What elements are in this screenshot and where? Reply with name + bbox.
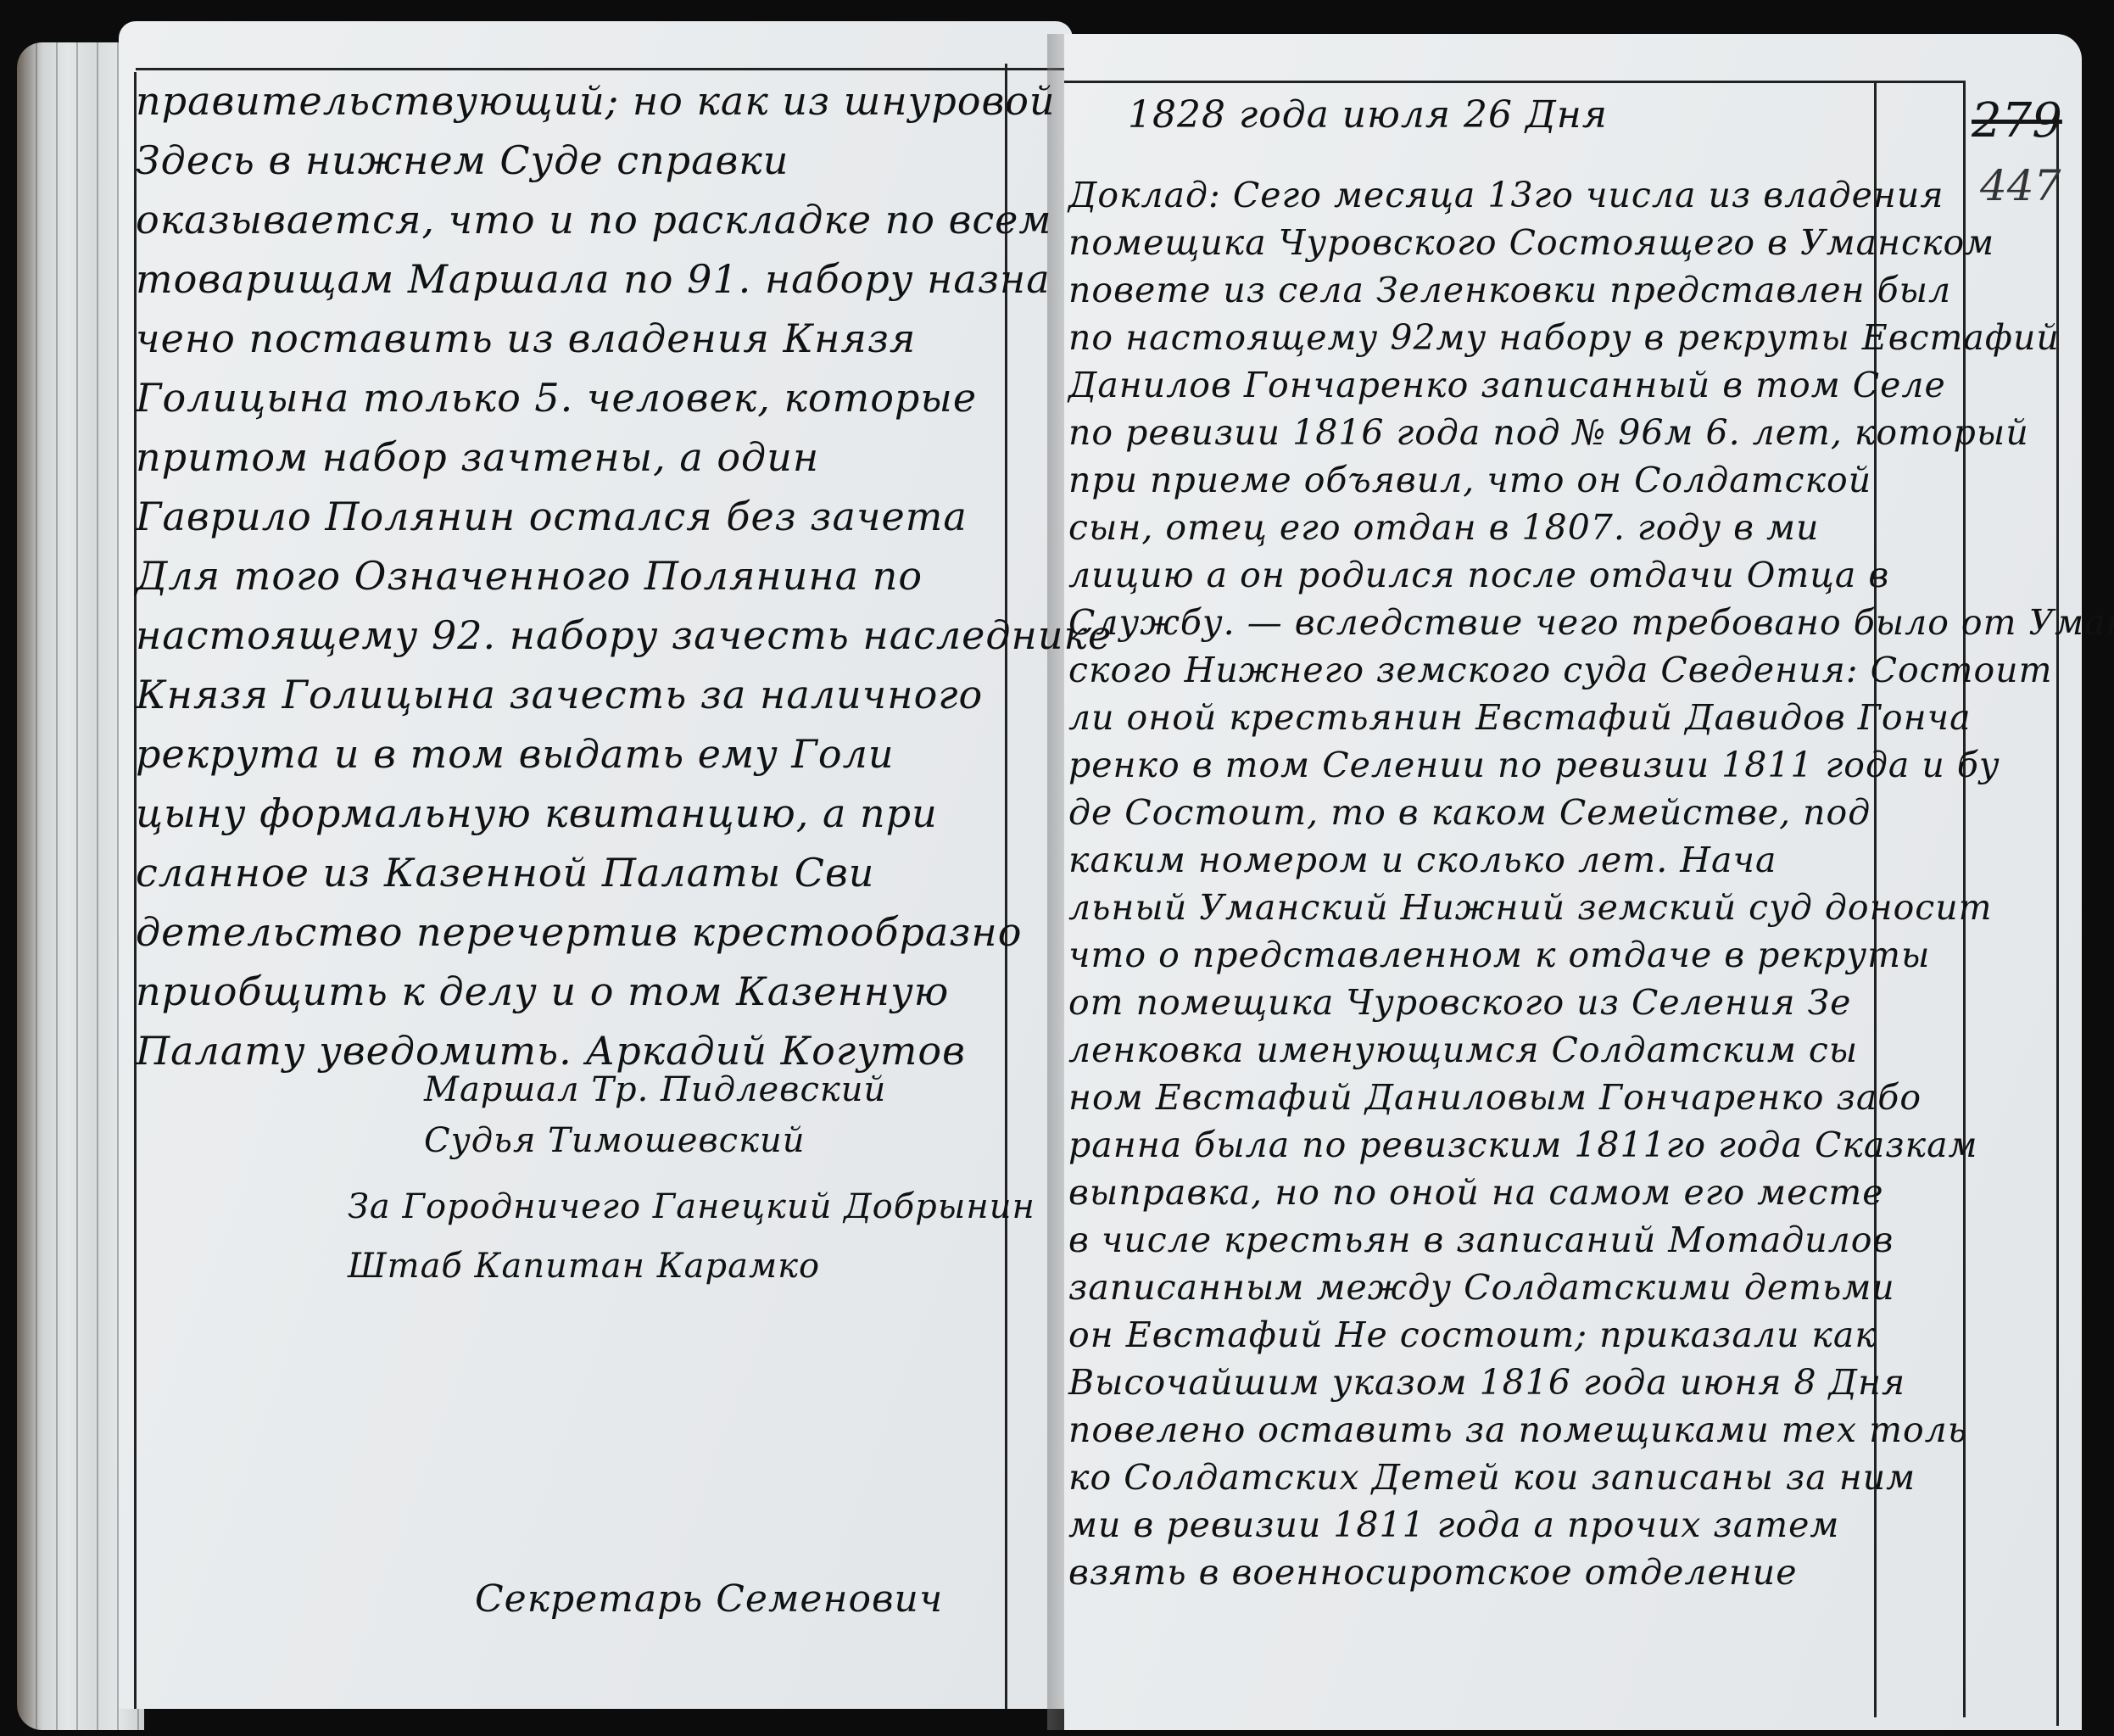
text-line: записанным между Солдатскими детьми bbox=[1068, 1267, 1895, 1308]
text-line: сын, отец его отдан в 1807. году в ми bbox=[1068, 507, 1819, 548]
secretary-signature: Секретарь Семенович bbox=[475, 1577, 943, 1621]
right-margin-rule bbox=[1005, 64, 1007, 1709]
text-line: ном Евстафий Даниловым Гончаренко забо bbox=[1068, 1077, 1922, 1118]
text-line: де Состоит, то в каком Семействе, под bbox=[1068, 792, 1871, 833]
text-line: льный Уманский Нижний земский суд доноси… bbox=[1068, 887, 1993, 928]
text-line: приобщить к делу и о том Казенную bbox=[136, 968, 949, 1014]
text-line: Доклад: Сего месяца 13го числа из владен… bbox=[1068, 175, 1944, 215]
text-line: Высочайшим указом 1816 года июня 8 Дня bbox=[1068, 1362, 1905, 1403]
text-line: цыну формальную квитанцию, а при bbox=[136, 790, 938, 836]
text-line: в числе крестьян в записаний Мотадилов bbox=[1068, 1220, 1894, 1260]
text-line: при приеме объявил, что он Солдатской bbox=[1068, 460, 1871, 500]
text-line: помещика Чуровского Состоящего в Уманско… bbox=[1068, 222, 1994, 263]
signature-gorodnichy: За Городничего Ганецкий Добрынин bbox=[348, 1187, 1035, 1226]
text-line: оказывается, что и по раскладке по всем bbox=[136, 197, 1052, 243]
text-line: Палату уведомить. Аркадий Когутов bbox=[136, 1028, 966, 1074]
text-line: рекрута и в том выдать ему Голи bbox=[136, 731, 895, 777]
text-line: Голицына только 5. человек, которые bbox=[136, 375, 977, 421]
text-line: он Евстафий Не состоит; приказали как bbox=[1068, 1315, 1877, 1355]
signature-judge: Судья Тимошевский bbox=[424, 1121, 805, 1160]
text-line: настоящему 92. набору зачесть наследнике bbox=[136, 612, 1112, 658]
text-line: от помещика Чуровского из Селения Зе bbox=[1068, 982, 1851, 1023]
text-line: детельство перечертив крестообразно bbox=[136, 909, 1022, 955]
text-line: выправка, но по оной на самом его месте bbox=[1068, 1172, 1884, 1213]
text-line: лицию а он родился после отдачи Отца в bbox=[1068, 555, 1889, 595]
text-line: по ревизии 1816 года под № 96м 6. лет, к… bbox=[1068, 412, 2029, 453]
text-line: Для того Означенного Полянина по bbox=[136, 553, 923, 599]
text-line: ко Солдатских Детей кои записаны за ним bbox=[1068, 1457, 1916, 1498]
text-line: ранна была по ревизским 1811го года Сказ… bbox=[1068, 1125, 1978, 1165]
signature-staff-captain: Штаб Капитан Карамко bbox=[348, 1247, 820, 1286]
text-line: чено поставить из владения Князя bbox=[136, 315, 916, 361]
folio-number-new: 447 bbox=[1980, 161, 2061, 210]
text-line: повете из села Зеленковки представлен бы… bbox=[1068, 270, 1951, 310]
text-line: Здесь в нижнем Суде справки bbox=[136, 137, 789, 183]
text-line: ми в ревизии 1811 года а прочих затем bbox=[1068, 1504, 1839, 1545]
text-line: ли оной крестьянин Евстафий Давидов Гонч… bbox=[1068, 697, 1972, 738]
text-line: каким номером и сколько лет. Нача bbox=[1068, 840, 1777, 880]
text-line: Данилов Гончаренко записанный в том Селе bbox=[1068, 365, 1946, 405]
signature-marshal: Маршал Тр. Пидлевский bbox=[424, 1070, 886, 1109]
text-line: притом набор зачтены, а один bbox=[136, 434, 819, 480]
text-line: взять в военносиротское отделение bbox=[1068, 1552, 1797, 1593]
text-line: Гаврило Полянин остался без зачета bbox=[136, 494, 968, 539]
text-line: товарищам Маршала по 91. набору назна bbox=[136, 256, 1051, 302]
text-line: Службу. — вследствие чего требовано было… bbox=[1068, 602, 2114, 643]
text-line: сланное из Казенной Палаты Сви bbox=[136, 850, 874, 896]
folio-number-old: 279 bbox=[1972, 93, 2062, 148]
text-line: Князя Голицына зачесть за наличного bbox=[136, 672, 983, 717]
text-line: повелено оставить за помещиками тех толь bbox=[1068, 1409, 1967, 1450]
entry-date-heading: 1828 года июля 26 Дня bbox=[1128, 93, 1608, 137]
text-line: ренко в том Селении по ревизии 1811 года… bbox=[1068, 745, 2000, 785]
top-rule bbox=[1064, 81, 1963, 83]
text-line: ленковка именующимся Солдатским сы bbox=[1068, 1030, 1858, 1070]
open-register-book: правительствующий; но как из шнуровой Зд… bbox=[0, 0, 2114, 1736]
text-line: правительствующий; но как из шнуровой bbox=[136, 78, 1056, 124]
text-line: по настоящему 92му набору в рекруты Евст… bbox=[1068, 317, 2060, 358]
top-rule bbox=[136, 68, 1068, 70]
text-line: ского Нижнего земского суда Сведения: Со… bbox=[1068, 650, 2052, 690]
text-line: что о представленном к отдаче в рекруты bbox=[1068, 935, 1930, 975]
